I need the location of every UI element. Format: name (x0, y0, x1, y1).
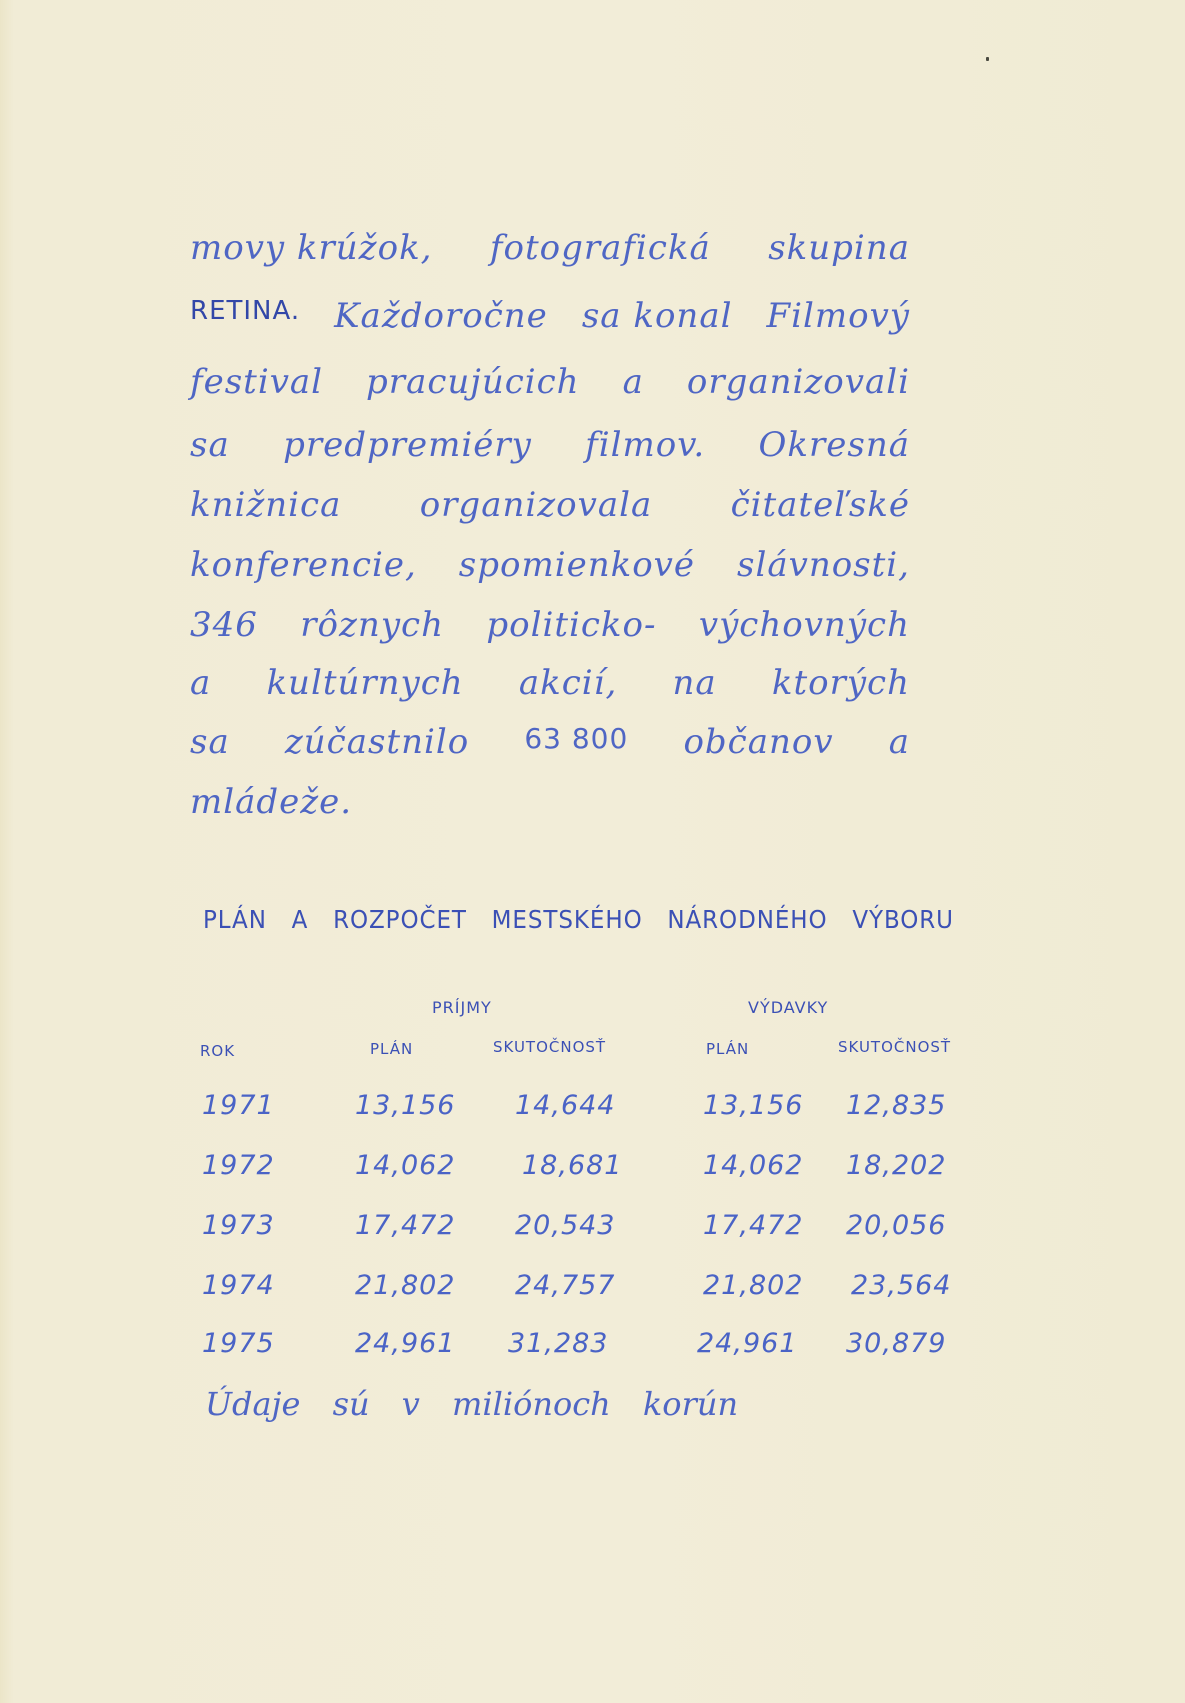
word: Filmový (767, 296, 910, 336)
word: a (889, 722, 910, 762)
cell-income-plan: 17,472 (355, 1210, 455, 1241)
column-header-income-actual: SKUTOČNOSŤ (493, 1038, 606, 1056)
word: sa (190, 425, 230, 465)
word: predpremiéry (283, 425, 532, 465)
word: Okresná (759, 425, 910, 465)
paragraph-line-6: konferencie, spomienkové slávnosti, (190, 545, 910, 585)
word: festival (190, 362, 323, 402)
cell-year: 1974 (202, 1270, 275, 1301)
word: movy krúžok, (190, 228, 432, 268)
cell-expenses-actual: 30,879 (846, 1328, 946, 1359)
cell-expenses-plan: 17,472 (703, 1210, 803, 1241)
table-row: 1972 14,062 18,681 14,062 18,202 (0, 1150, 1185, 1200)
word-retina: RETINA. (190, 296, 300, 336)
word: politicko- (486, 605, 656, 645)
paragraph-line-2: RETINA. Každoročne sa konal Filmový (190, 296, 910, 336)
word: 63 800 (524, 722, 628, 762)
word: fotografická (490, 228, 711, 268)
word: občanov (683, 722, 833, 762)
cell-expenses-plan: 21,802 (703, 1270, 803, 1301)
word: Každoročne (334, 296, 548, 336)
word: rôznych (300, 605, 444, 645)
word: mládeže. (190, 782, 352, 822)
word: sa (190, 722, 230, 762)
word: zúčastnilo (285, 722, 469, 762)
paragraph-line-8: a kultúrnych akcií, na ktorých (190, 663, 910, 703)
cell-income-actual: 20,543 (515, 1210, 615, 1241)
cell-year: 1975 (202, 1328, 275, 1359)
cell-expenses-actual: 20,056 (846, 1210, 946, 1241)
word: organizovali (687, 362, 910, 402)
paragraph-line-5: knižnica organizovala čitateľské (190, 485, 910, 525)
cell-year: 1971 (202, 1090, 275, 1121)
word: konferencie, (190, 545, 417, 585)
table-row: 1975 24,961 31,283 24,961 30,879 (0, 1328, 1185, 1378)
table-row: 1973 17,472 20,543 17,472 20,056 (0, 1210, 1185, 1260)
cell-year: 1973 (202, 1210, 275, 1241)
word: filmov. (585, 425, 705, 465)
cell-income-plan: 21,802 (355, 1270, 455, 1301)
word: spomienkové (459, 545, 695, 585)
table-row: 1971 13,156 14,644 13,156 12,835 (0, 1090, 1185, 1140)
word: organizovala (420, 485, 653, 525)
word: kultúrnych (266, 663, 463, 703)
word: ktorých (772, 663, 910, 703)
cell-income-plan: 14,062 (355, 1150, 455, 1181)
cell-expenses-actual: 12,835 (846, 1090, 946, 1121)
cell-year: 1972 (202, 1150, 275, 1181)
paper-speck (986, 57, 989, 61)
paragraph-line-9: sa zúčastnilo 63 800 občanov a (190, 722, 910, 762)
column-header-year: ROK (200, 1042, 235, 1060)
table-row: 1974 21,802 24,757 21,802 23,564 (0, 1270, 1185, 1320)
cell-income-actual: 24,757 (515, 1270, 615, 1301)
word: pracujúcich (366, 362, 580, 402)
cell-expenses-actual: 18,202 (846, 1150, 946, 1181)
cell-expenses-plan: 24,961 (697, 1328, 797, 1359)
cell-income-actual: 14,644 (515, 1090, 615, 1121)
handwritten-page: movy krúžok, fotografická skupina RETINA… (0, 0, 1185, 1703)
word: akcií, (519, 663, 617, 703)
word: skupina (768, 228, 910, 268)
word: čitateľské (731, 485, 910, 525)
cell-income-actual: 18,681 (522, 1150, 622, 1181)
cell-expenses-actual: 23,564 (851, 1270, 951, 1301)
cell-income-actual: 31,283 (508, 1328, 608, 1359)
paragraph-line-7: 346 rôznych politicko- výchovných (190, 605, 910, 645)
paragraph-line-1: movy krúžok, fotografická skupina (190, 228, 910, 268)
group-header-expenses: VÝDAVKY (748, 998, 828, 1017)
column-header-expenses-actual: SKUTOČNOSŤ (838, 1038, 951, 1056)
word: knižnica (190, 485, 341, 525)
word: výchovných (699, 605, 910, 645)
paragraph-line-3: festival pracujúcich a organizovali (190, 362, 910, 402)
table-title: PLÁN A ROZPOČET MESTSKÉHO NÁRODNÉHO VÝBO… (203, 905, 954, 934)
column-header-expenses-plan: PLÁN (706, 1040, 749, 1058)
word: 346 (190, 605, 258, 645)
group-header-income: PRÍJMY (432, 998, 492, 1017)
cell-income-plan: 24,961 (355, 1328, 455, 1359)
column-header-income-plan: PLÁN (370, 1040, 413, 1058)
cell-expenses-plan: 13,156 (703, 1090, 803, 1121)
word: na (673, 663, 717, 703)
paragraph-line-4: sa predpremiéry filmov. Okresná (190, 425, 910, 465)
word: slávnosti, (737, 545, 910, 585)
word: a (190, 663, 211, 703)
cell-income-plan: 13,156 (355, 1090, 455, 1121)
table-footnote: Údaje sú v miliónoch korún (205, 1385, 738, 1423)
paragraph-line-10: mládeže. (190, 782, 910, 822)
word: sa konal (582, 296, 733, 336)
word: a (623, 362, 644, 402)
cell-expenses-plan: 14,062 (703, 1150, 803, 1181)
